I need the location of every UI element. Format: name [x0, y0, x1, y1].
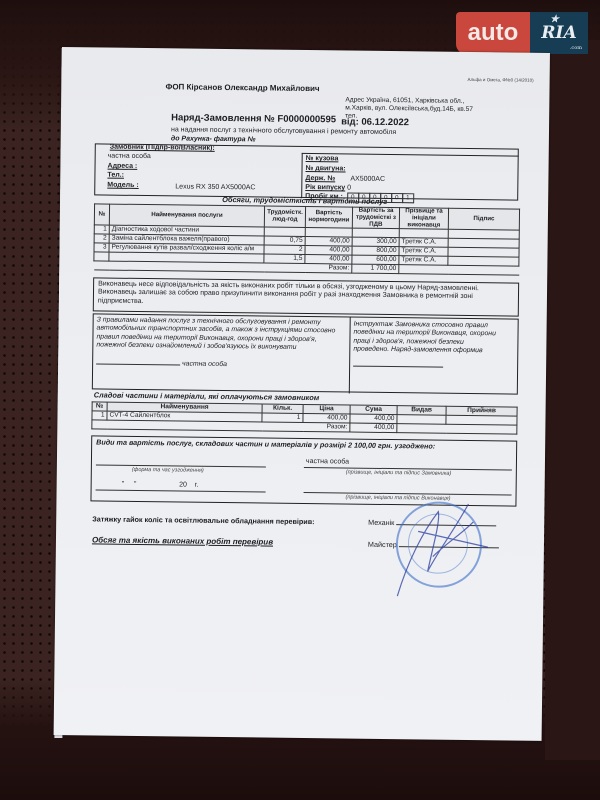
parts-table: № Найменування Кільк. Ціна Сума Видав Пр… [91, 401, 517, 434]
logo-domain: .com [570, 45, 582, 51]
agreement-header: Види та вартість послуг, складових части… [96, 438, 435, 451]
parts-total-value: 400,00 [350, 423, 397, 432]
rules-right-text-2: проведено. Наряд-замовлення оформив [353, 345, 514, 355]
rules-left-signer: частна особа [182, 361, 227, 369]
service-executor: Третяк С.А. [399, 247, 448, 257]
col-cost: Вартість за трудомісткі з ПДВ [352, 207, 399, 229]
logo-auto-part: auto [456, 12, 530, 54]
services-total-value: 1 700,00 [352, 264, 399, 273]
year-label: Рік випуску [305, 184, 345, 191]
signature-line [96, 364, 180, 366]
work-order-document: Альфа и Омега, Ф№0 (14/2010) ФОП Кірсано… [54, 47, 550, 741]
responsibility-note: Виконавець несе відповідальність за якіс… [93, 277, 519, 316]
document-date: від: 06.12.2022 [341, 116, 409, 128]
company-name: ФОП Кірсанов Олександр Михайлович [165, 82, 319, 93]
services-total-label: Разом: [94, 261, 352, 273]
vehicle-info: № кузова № двигуна: Держ. № AX5000AC Рік… [301, 153, 519, 201]
engine-number-label: № двигуна: [305, 165, 345, 174]
col-no: № [92, 402, 107, 411]
services-table: № Найменування послуги Трудомістк. люд-г… [93, 203, 520, 275]
year-value: 0 [347, 184, 351, 191]
parts-total-blank [397, 423, 517, 433]
service-no: 1 [94, 225, 109, 234]
customer-caption: (прізвище, ініціали та підпис Замовника) [346, 469, 451, 477]
rules-box: З правилами надання послуг з технічного … [92, 313, 519, 394]
agreement-customer-name: частна особа [306, 458, 349, 467]
scope-quality-check: Обсяг та якість виконаних робіт перевіри… [92, 535, 273, 547]
service-executor: Третяк С.А. [399, 256, 448, 266]
model-label: Модель : [107, 182, 138, 191]
part-no: 1 [92, 411, 107, 420]
col-hours: Трудомістк. люд-год [264, 206, 305, 228]
form-code: Альфа и Омега, Ф№0 (14/2010) [467, 77, 533, 83]
service-no: 2 [94, 234, 109, 243]
plate-label: Держ. № [305, 175, 335, 184]
body-number-label: № кузова [306, 155, 339, 164]
address-label: Адреса : [107, 163, 137, 172]
invoice-reference: до Рахунка- фактура № [171, 135, 256, 144]
logo-ria-text: RIA [541, 23, 576, 43]
col-rate: Вартість нормогодини [305, 206, 352, 228]
service-no: 3 [94, 243, 109, 252]
agreement-line [96, 489, 266, 492]
mileage-digit: 1 [402, 193, 414, 203]
model-value: Lexus RX 350 AX5000AC [175, 183, 255, 192]
col-no: № [94, 204, 109, 226]
col-executor: Прізвище та ініціали виконавця [399, 208, 448, 230]
plate-value: AX5000AC [350, 176, 385, 185]
service-no [94, 252, 109, 261]
service-executor: Третяк С.А. [399, 238, 448, 248]
parts-total-label: Разом: [92, 420, 350, 432]
background-right [545, 40, 600, 760]
rules-left-signature: частна особа [96, 360, 344, 371]
wheel-nuts-check: Затяжку гайок коліс та освітлювальне обл… [92, 515, 314, 526]
services-total-blank [399, 265, 519, 275]
col-service-name: Найменування послуги [109, 204, 264, 227]
logo-ria-part: ★ RIA .com [530, 12, 588, 54]
rules-acknowledgement: З правилами надання послуг з технічного … [96, 316, 345, 370]
star-icon: ★ [550, 14, 559, 25]
rules-right-text: Інструктаж Замовника стосовно правил пов… [353, 321, 514, 348]
form-time-caption: (форма та час узгодження) [132, 467, 204, 474]
rules-left-text: З правилами надання послуг з технічного … [96, 316, 344, 352]
autoria-watermark-logo: auto ★ RIA .com [456, 12, 588, 54]
phone-label: Тел.: [107, 172, 124, 181]
signature-line [353, 366, 443, 368]
customer-left: Замовник (Підпр-во/Власник): частна особ… [95, 144, 302, 197]
rules-instruction: Інструктаж Замовника стосовно правил пов… [349, 318, 518, 396]
document-title: Наряд-Замовлення № F0000000595 [171, 112, 336, 125]
customer-info-box: Замовник (Підпр-во/Власник): частна особ… [94, 143, 519, 200]
customer-name: частна особа [108, 153, 151, 162]
handwritten-signature [377, 491, 498, 602]
document-content: Альфа и Омега, Ф№0 (14/2010) ФОП Кірсано… [84, 67, 534, 72]
agreement-date: " " 20 г. [122, 481, 199, 490]
col-signature: Підпис [448, 208, 519, 230]
